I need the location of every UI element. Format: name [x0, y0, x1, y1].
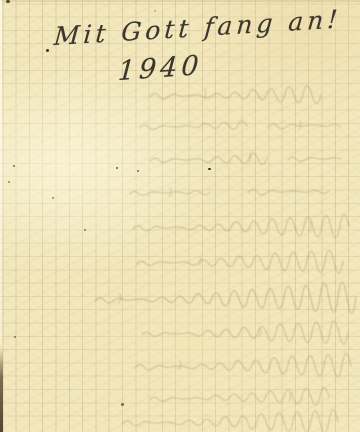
age-spot	[6, 0, 10, 3]
age-spot	[13, 165, 15, 167]
page-top-edge	[0, 0, 360, 2]
bleedthrough-strokes	[95, 86, 356, 432]
age-spot	[154, 10, 156, 12]
age-spot	[116, 167, 118, 169]
age-spot	[52, 197, 54, 199]
age-spot	[14, 336, 16, 338]
ink-dot	[46, 49, 49, 52]
notebook-page: Mit Gott fang an! 1940	[0, 0, 360, 432]
handwritten-title: Mit Gott fang an!	[53, 4, 343, 51]
age-spot	[208, 168, 211, 170]
handwritten-year: 1940	[117, 50, 204, 87]
age-spot	[137, 170, 139, 172]
age-spot	[8, 181, 10, 183]
age-spot	[121, 403, 124, 406]
page-left-edge	[0, 0, 2, 345]
page-edge-shadow	[0, 348, 3, 432]
age-spot	[84, 229, 86, 231]
